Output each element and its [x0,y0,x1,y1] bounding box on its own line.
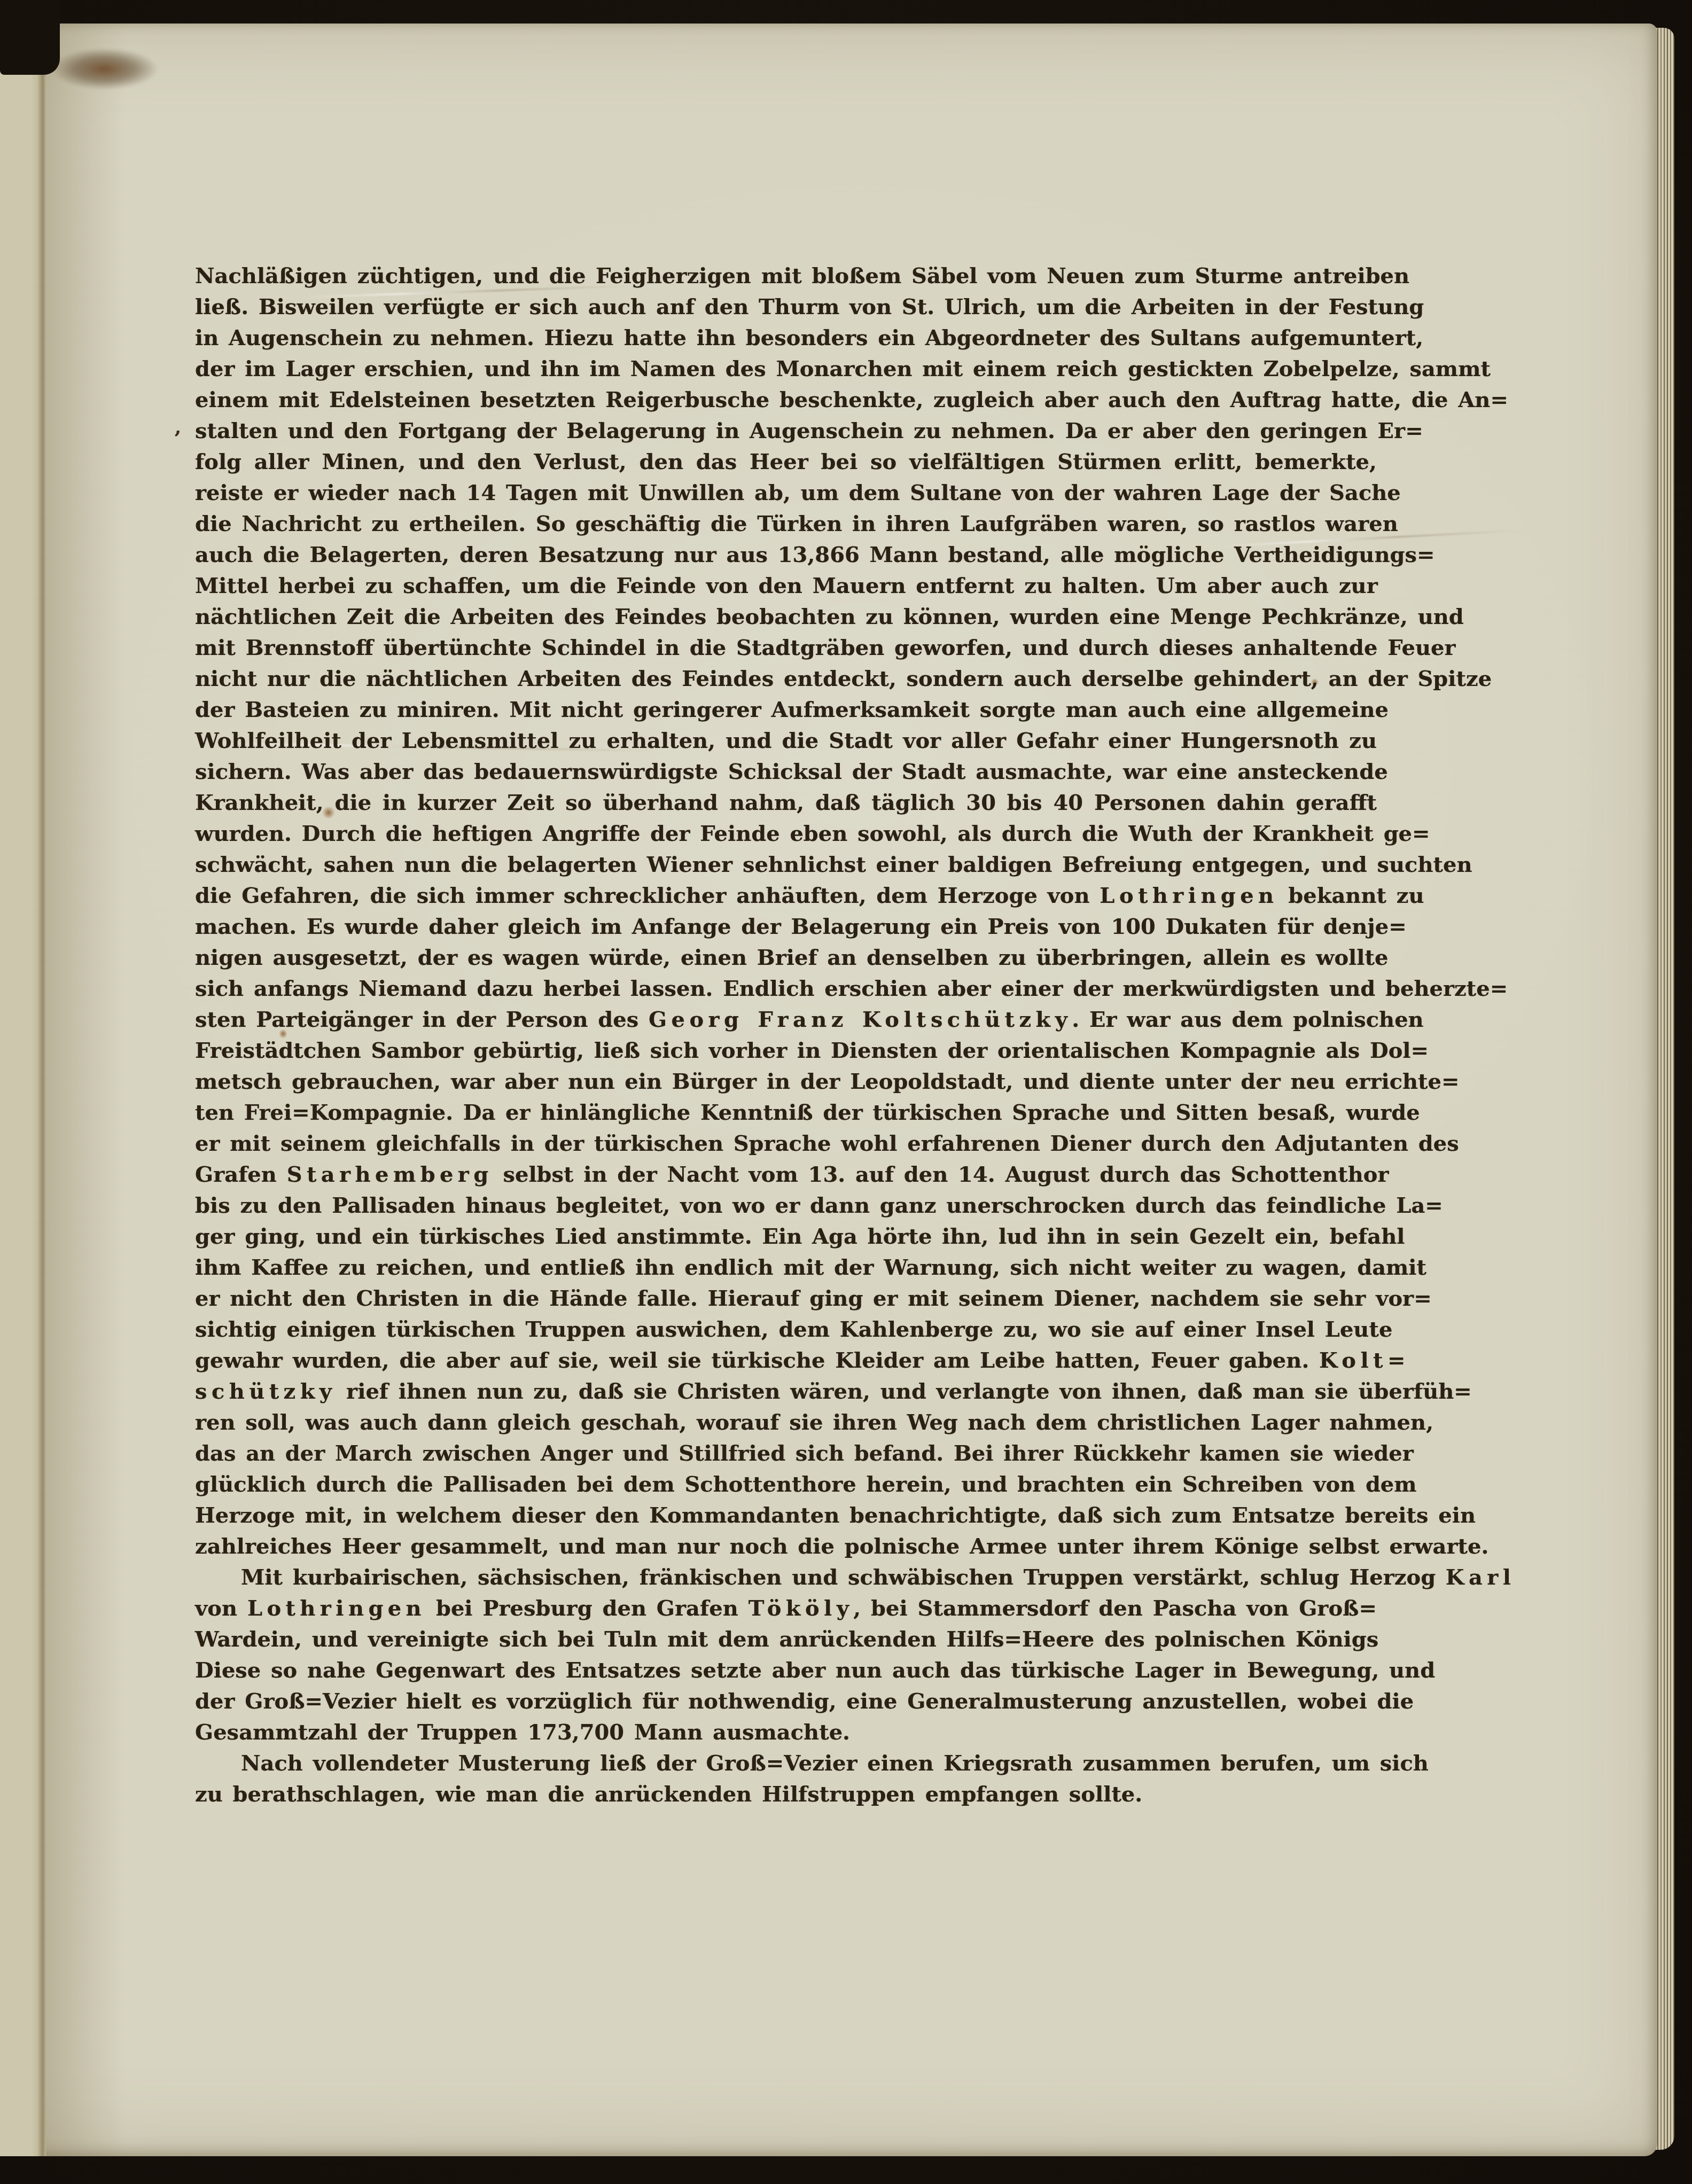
text-line: Grafen Starhemberg selbst in der Nacht v… [195,1159,1377,1190]
text-line: er mit seinem gleichfalls in der türkisc… [195,1128,1377,1159]
text-line: der Groß=Vezier hielt es vorzüglich für … [195,1686,1377,1717]
text-line: zu berathschlagen, wie man die anrückend… [195,1779,1377,1810]
text-line: Gesammtzahl der Truppen 173,700 Mann aus… [195,1717,1377,1748]
text-line: ließ. Bisweilen verfügte er sich auch an… [195,292,1377,323]
text-line: nächtlichen Zeit die Arbeiten des Feinde… [195,602,1377,633]
text-line: reiste er wieder nach 14 Tagen mit Unwil… [195,478,1377,509]
text-line: ten Frei=Kompagnie. Da er hinlängliche K… [195,1097,1377,1128]
text-line: sichtig einigen türkischen Truppen auswi… [195,1314,1377,1345]
text-line: Freistädtchen Sambor gebürtig, ließ sich… [195,1035,1377,1066]
text-line: sichern. Was aber das bedauernswürdigste… [195,756,1377,787]
book-photo: ‚ Nachläßigen züchtigen, und die Feigher… [0,0,1692,2184]
text-line: der Basteien zu miniren. Mit nicht gerin… [195,695,1377,726]
text-line: die Nachricht zu ertheilen. So geschäfti… [195,509,1377,540]
text-line: Nachläßigen züchtigen, und die Feigherzi… [195,261,1377,292]
book-page: ‚ Nachläßigen züchtigen, und die Feigher… [0,24,1657,2156]
text-line: von Lothringen bei Presburg den Grafen T… [195,1593,1377,1624]
letterspaced-word: schützky [195,1379,336,1404]
text-line: die Gefahren, die sich immer schrecklich… [195,880,1377,911]
text-line: sten Parteigänger in der Person des Geor… [195,1004,1377,1035]
gutter-fold [0,24,46,2156]
text-line: schützky rief ihnen nun zu, daß sie Chri… [195,1376,1377,1407]
text-line: auch die Belagerten, deren Besatzung nur… [195,540,1377,571]
text-line: ihm Kaffee zu reichen, und entließ ihn e… [195,1252,1377,1283]
text-line: metsch gebrauchen, war aber nun ein Bürg… [195,1066,1377,1097]
text-line: gewahr wurden, die aber auf sie, weil si… [195,1345,1377,1376]
text-line: glücklich durch die Pallisaden bei dem S… [195,1469,1377,1500]
text-line: stalten und den Fortgang der Belagerung … [195,416,1377,447]
text-line: Mit kurbairischen, sächsischen, fränkisc… [195,1562,1377,1593]
text-line: ger ging, und ein türkisches Lied anstim… [195,1221,1377,1252]
text-line: nicht nur die nächtlichen Arbeiten des F… [195,664,1377,695]
text-line: schwächt, sahen nun die belagerten Wiene… [195,849,1377,880]
text-line: Nach vollendeter Musterung ließ der Groß… [195,1748,1377,1779]
text-line: zahlreiches Heer gesammelt, und man nur … [195,1531,1377,1562]
text-line: sich anfangs Niemand dazu herbei lassen.… [195,973,1377,1004]
text-line: wurden. Durch die heftigen Angriffe der … [195,818,1377,849]
text-line: Krankheit, die in kurzer Zeit so überhan… [195,787,1377,818]
letterspaced-word: Lothringen [1100,883,1278,908]
text-line: er nicht den Christen in die Hände falle… [195,1283,1377,1314]
text-line: mit Brennstoff übertünchte Schindel in d… [195,633,1377,664]
binding-debris [51,48,158,90]
text-line: bis zu den Pallisaden hinaus begleitet, … [195,1190,1377,1221]
letterspaced-word: Starhemberg [287,1162,493,1187]
letterspaced-word: Kolt= [1319,1348,1410,1373]
text-line: folg aller Minen, und den Verlust, den d… [195,447,1377,478]
letterspaced-word: Lothringen [247,1596,426,1621]
text-line: Herzoge mit, in welchem dieser den Komma… [195,1500,1377,1531]
text-line: Wardein, und vereinigte sich bei Tuln mi… [195,1624,1377,1655]
letterspaced-word: Karl [1446,1565,1516,1590]
text-line: Diese so nahe Gegenwart des Entsatzes se… [195,1655,1377,1686]
letterspaced-word: Tököly [748,1596,854,1621]
text-block: Nachläßigen züchtigen, und die Feigherzi… [195,261,1377,1810]
gutter-shadow [46,24,126,2156]
text-line: einem mit Edelsteinen besetzten Reigerbu… [195,385,1377,416]
text-line: ren soll, was auch dann gleich geschah, … [195,1407,1377,1438]
text-line: Wohlfeilheit der Lebensmittel zu erhalte… [195,726,1377,756]
text-line: das an der March zwischen Anger und Stil… [195,1438,1377,1469]
text-line: nigen ausgesetzt, der es wagen würde, ei… [195,942,1377,973]
text-line: machen. Es wurde daher gleich im Anfange… [195,911,1377,942]
text-line: in Augenschein zu nehmen. Hiezu hatte ih… [195,323,1377,354]
margin-mark: ‚ [174,411,182,442]
text-line: Mittel herbei zu schaffen, um die Feinde… [195,571,1377,602]
letterspaced-word: Georg Franz Koltschützky [649,1007,1072,1032]
text-line: der im Lager erschien, und ihn im Namen … [195,354,1377,385]
